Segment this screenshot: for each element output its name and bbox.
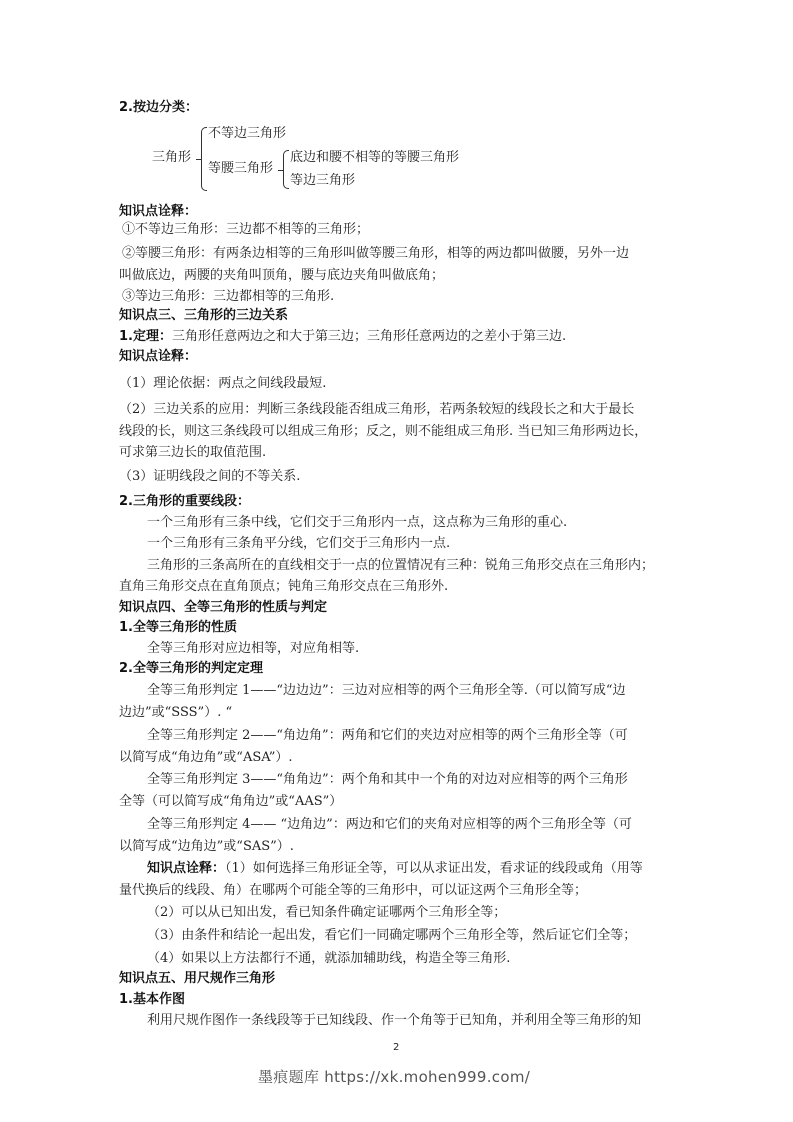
note-item: （2）三边关系的应用：判断三条线段能否组成三角形，若两条较短的线段长之和大于最长	[119, 402, 634, 418]
note-text: （1）如何选择三角形证全等，可以从求证出发，看求证的线段或角（用等	[225, 861, 643, 876]
note-item: 叫做底边，两腰的夹角叫顶角，腰与底边夹角叫做底角；	[119, 268, 444, 284]
criterion-line: 边边”或“SSS”）. “	[119, 705, 232, 721]
subsection-title: 2.三角形的重要线段：	[119, 494, 250, 510]
subsection-title: 2.全等三角形的判定定理	[119, 661, 263, 677]
paragraph-line: 一个三角形有三条角平分线，它们交于三角形内一点.	[147, 536, 450, 552]
criterion-line: 全等三角形判定 2——“角边角”：两角和它们的夹边对应相等的两个三角形全等（可	[147, 728, 628, 744]
criterion-line: 以简写成“角边角”或“ASA”）.	[119, 750, 293, 766]
tree-root: 三角形	[152, 150, 191, 166]
note-line: （4）如果以上方法都行不通，就添加辅助线，构造全等三角形.	[147, 951, 510, 967]
criterion-line: 全等三角形判定 4—— “边角边”：两边和它们的夹角对应相等的两个三角形全等（可	[147, 817, 632, 833]
paragraph-line: 利用尺规作图作一条线段等于已知线段、作一个角等于已知角，并利用全等三角形的知	[147, 1013, 641, 1029]
note-line: （2）可以从已知出发，看已知条件确定证哪两个三角形全等；	[147, 905, 506, 921]
note-label: 知识点诠释：	[147, 861, 225, 876]
note-line: 量代换后的线段、角）在哪两个可能全等的三角形中，可以证这两个三角形全等；	[119, 883, 587, 899]
section-title: 知识点三、三角形的三边关系	[119, 308, 288, 324]
note-item: （3）证明线段之间的不等关系.	[119, 469, 300, 485]
note-item: （1）理论依据：两点之间线段最短.	[119, 376, 326, 392]
subsection-title: 1.全等三角形的性质	[119, 620, 237, 636]
paragraph-line: 一个三角形有三条中线，它们交于三角形内一点，这点称为三角形的重心.	[147, 515, 567, 531]
criterion-line: 以简写成“边角边”或“SAS”）.	[119, 839, 294, 855]
criterion-line: 全等（可以简写成“角角边”或“AAS”）	[119, 794, 342, 810]
paragraph-line: 直角三角形交点在直角顶点；钝角三角形交点在三角形外.	[119, 579, 448, 595]
tree-branch-isosceles: 等腰三角形	[208, 161, 273, 177]
brace-right	[283, 150, 289, 189]
tree-sub-equilateral: 等边三角形	[290, 173, 355, 189]
section-title: 知识点四、全等三角形的性质与判定	[119, 600, 327, 616]
note-item: ②等腰三角形：有两条边相等的三角形叫做等腰三角形，相等的两边都叫做腰，另外一边	[122, 246, 629, 262]
tree-branch-scalene: 不等边三角形	[208, 126, 286, 142]
criterion-line: 全等三角形判定 1——“边边边”：三边对应相等的两个三角形全等.（可以简写成“边	[147, 683, 625, 699]
note-item: 可求第三边长的取值范围.	[119, 445, 266, 461]
tree-sub-isosceles-non-equilateral: 底边和腰不相等的等腰三角形	[290, 150, 459, 166]
note-item: ③等边三角形：三边都相等的三角形.	[122, 289, 334, 305]
section-title: 知识点五、用尺规作三角形	[119, 971, 275, 987]
theorem-label: 1.定理：	[119, 329, 172, 344]
page-number: 2	[393, 1042, 399, 1053]
note-item: 线段的长，则这三条线段可以组成三角形；反之，则不能组成三角形. 当已知三角形两边…	[119, 424, 647, 440]
watermark: 墨痕题库 https://xk.mohen999.com/	[258, 1066, 530, 1087]
theorem-line: 1.定理：三角形任意两边之和大于第三边；三角形任意两边的之差小于第三边.	[119, 329, 566, 345]
note-line: （3）由条件和结论一起出发，看它们一同确定哪两个三角形全等，然后证它们全等；	[147, 928, 636, 944]
criterion-line: 全等三角形判定 3——“角角边”：两个角和其中一个角的对边对应相等的两个三角形	[147, 772, 628, 788]
subsection-title: 1.基本作图	[119, 992, 185, 1008]
note-title: 知识点诠释：	[119, 204, 197, 220]
theorem-text: 三角形任意两边之和大于第三边；三角形任意两边的之差小于第三边.	[172, 329, 566, 344]
note-title: 知识点诠释：	[119, 349, 197, 365]
note-line: 知识点诠释：（1）如何选择三角形证全等，可以从求证出发，看求证的线段或角（用等	[147, 861, 643, 877]
document-page: 2.按边分类： 三角形 不等边三角形 等腰三角形 底边和腰不相等的等腰三角形 等…	[0, 0, 793, 1122]
brace-left	[201, 127, 207, 191]
heading-classify-by-sides: 2.按边分类：	[119, 100, 198, 116]
paragraph-line: 三角形的三条高所在的直线相交于一点的位置情况有三种：锐角三角形交点在三角形内；	[147, 558, 654, 574]
paragraph-line: 全等三角形对应边相等，对应角相等.	[147, 641, 359, 657]
note-item: ①不等边三角形：三边都不相等的三角形；	[122, 222, 369, 238]
